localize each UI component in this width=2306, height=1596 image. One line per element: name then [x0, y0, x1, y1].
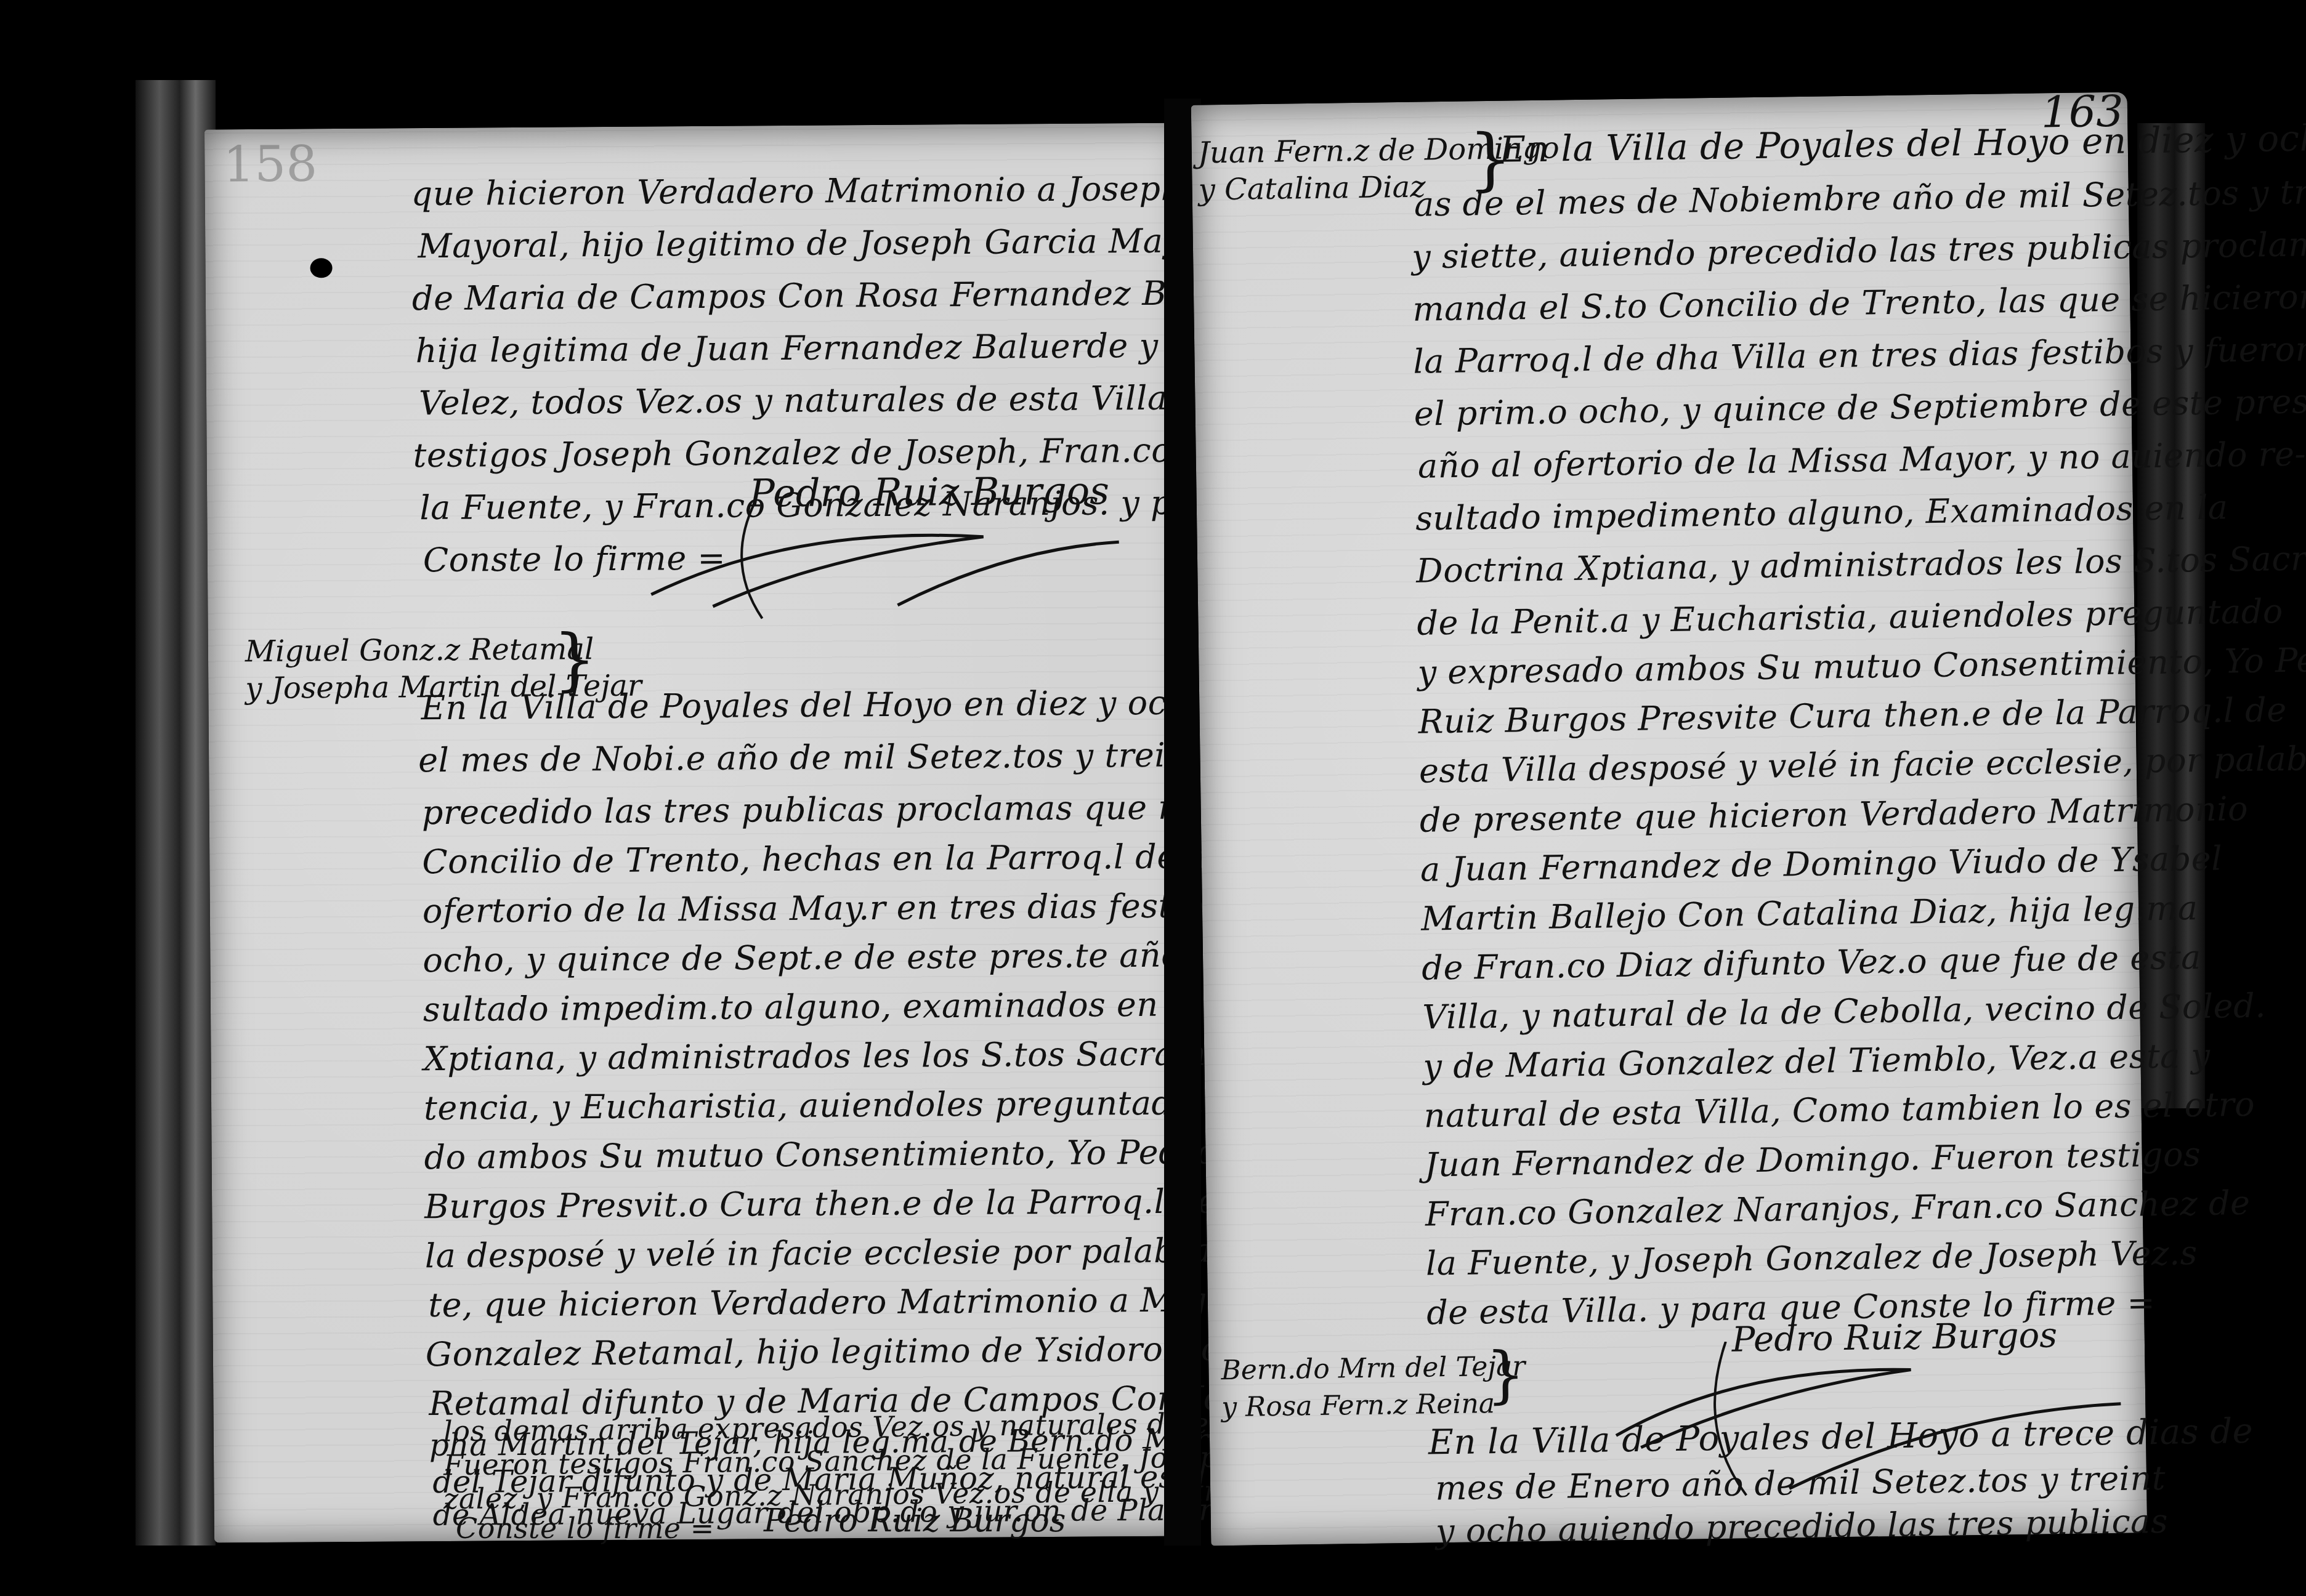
text-line: En la Villa de Poyales del Hoyo a trece …	[1428, 1411, 2254, 1463]
right-page: 163 Juan Fern.z de Domingo y Catalina Di…	[1191, 92, 2148, 1546]
margin-names: y Catalina Diaz	[1198, 169, 1426, 207]
marriage-entry: Bern.do Mrn del Tejar y Rosa Fern.z Rein…	[1191, 92, 2127, 105]
text-line: Fran.co Gonzalez Naranjos, Fran.co Sanch…	[1425, 1183, 2250, 1234]
text-line: Martin Ballejo Con Catalina Diaz, hija l…	[1421, 889, 2198, 938]
ink-blot	[310, 258, 332, 278]
text-line: a Juan Fernandez de Domingo Viudo de Ysa…	[1420, 839, 2223, 889]
text-line: la Fuente, y Joseph Gonzalez de Joseph V…	[1426, 1233, 2198, 1283]
text-line: Juan Fernandez de Domingo. Fueron testig…	[1424, 1135, 2201, 1185]
priest-signature: Pedro Ruiz Burgos	[764, 1502, 1066, 1539]
text-line: Villa, y natural de la de Cebolla, vecin…	[1422, 986, 2266, 1037]
text-line: natural de esta Villa, Como tambien lo e…	[1423, 1085, 2255, 1135]
text-line: hija legitima de Juan Fernandez Baluerde…	[415, 325, 1288, 370]
text-line: de presente que hicieron Verdadero Matri…	[1420, 789, 2249, 840]
text-line: Conste lo firme =	[456, 1512, 714, 1545]
text-line: te, que hicieron Verdadero Matrimonio a …	[428, 1280, 1260, 1324]
text-line: sultado impedimento alguno, Examinados e…	[1415, 488, 2228, 538]
marriage-entry: Juan Fern.z de Domingo y Catalina Diaz }…	[1191, 92, 2127, 105]
left-page: 158 que hicieron Verdadero Matrimonio a …	[204, 123, 1197, 1542]
text-line: y de Maria Gonzalez del Tiemblo, Vez.a e…	[1423, 1036, 2211, 1086]
faded-folio-number: 158	[223, 135, 317, 193]
text-line: mes de Enero año de mil Setez.tos y trei…	[1435, 1459, 2166, 1508]
text-line: Mayoral, hijo legitimo de Joseph Garcia …	[418, 220, 1280, 265]
text-line: de Fran.co Diaz difunto Vez.o que fue de…	[1422, 938, 2201, 988]
text-line: y ocho auiendo precedido las tres public…	[1436, 1502, 2169, 1551]
margin-brace: }	[1486, 1338, 1526, 1411]
margin-names: Bern.do Mrn del Tejar	[1221, 1350, 1526, 1386]
marriage-entry: Miguel Gonz.z Retamal y Josepha Martin d…	[204, 123, 1187, 129]
book-binding-edge	[136, 80, 216, 1546]
signature-flourish	[638, 499, 1131, 626]
margin-names: Miguel Gonz.z Retamal	[245, 632, 594, 669]
entry-continuation: que hicieron Verdadero Matrimonio a Jose…	[204, 123, 1187, 129]
margin-names: y Rosa Fern.z Reina	[1221, 1388, 1495, 1423]
